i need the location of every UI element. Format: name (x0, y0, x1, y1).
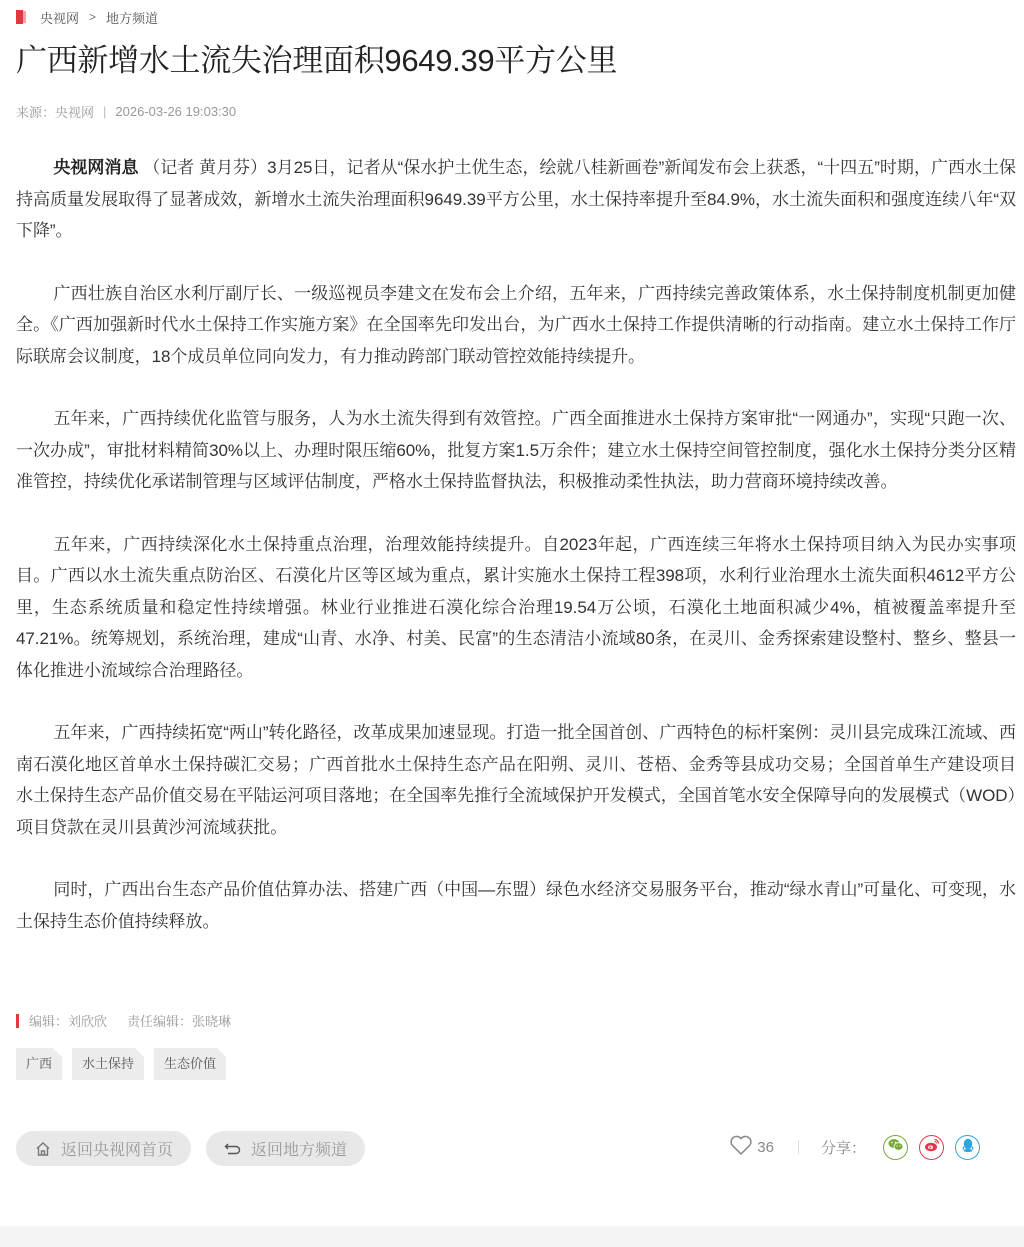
article-paragraph: 五年来，广西持续深化水土保持重点治理，治理效能持续提升。自2023年起，广西连续… (16, 529, 1016, 687)
cctv-logo-icon (16, 10, 26, 24)
share-label: 分享： (821, 1137, 866, 1158)
share-weibo-button[interactable] (919, 1135, 944, 1160)
qq-icon (961, 1138, 975, 1157)
return-icon (224, 1140, 242, 1158)
meta-divider: | (103, 104, 106, 119)
tag-soil-conservation[interactable]: 水土保持 (72, 1048, 144, 1080)
breadcrumb-channel-link[interactable]: 地方频道 (106, 8, 158, 27)
share-wechat-button[interactable] (883, 1135, 908, 1160)
article-title: 广西新增水土流失治理面积9649.39平方公里 (16, 40, 617, 82)
weibo-icon (924, 1138, 940, 1156)
back-channel-button[interactable]: 返回地方频道 (206, 1131, 365, 1166)
heart-icon (729, 1134, 753, 1160)
article-datetime: 2026-03-26 19:03:30 (115, 104, 236, 119)
article-body: 央视网消息 （记者 黄月芬）3月25日，记者从“保水护土优生态，绘就八桂新画卷”… (16, 152, 1016, 968)
article-paragraph: 广西壮族自治区水利厅副厅长、一级巡视员李建文在发布会上介绍，五年来，广西持续完善… (16, 278, 1016, 373)
article-paragraph: 五年来，广西持续拓宽“两山”转化路径，改革成果加速显现。打造一批全国首创、广西特… (16, 717, 1016, 843)
article-page: 央视网 > 地方频道 广西新增水土流失治理面积9649.39平方公里 来源：央视… (0, 0, 1024, 1247)
tag-list: 广西 水土保持 生态价值 (16, 1048, 226, 1080)
breadcrumb-separator: > (89, 10, 96, 24)
like-count: 36 (757, 1139, 774, 1156)
article-paragraph: 五年来，广西持续优化监管与服务，人为水土流失得到有效管控。广西全面推进水土保持方… (16, 403, 1016, 498)
editor-name: 编辑：刘欣欣 (29, 1011, 107, 1030)
chief-editor-name: 责任编辑：张晓琳 (127, 1011, 231, 1030)
article-lead: 央视网消息 (53, 158, 138, 177)
paragraph-text: 五年来，广西持续深化水土保持重点治理，治理效能持续提升。自2023年起，广西连续… (16, 535, 1016, 680)
paragraph-text: （记者 黄月芬）3月25日，记者从“保水护土优生态，绘就八桂新画卷”新闻发布会上… (16, 158, 1016, 240)
footer-actions: 返回央视网首页 返回地方频道 (16, 1131, 365, 1166)
paragraph-text: 五年来，广西持续拓宽“两山”转化路径，改革成果加速显现。打造一批全国首创、广西特… (16, 723, 1016, 837)
paragraph-text: 广西壮族自治区水利厅副厅长、一级巡视员李建文在发布会上介绍，五年来，广西持续完善… (16, 284, 1016, 366)
social-bar: 36 分享： (729, 1134, 980, 1160)
breadcrumb-home-link[interactable]: 央视网 (40, 8, 79, 27)
page-bottom-band (0, 1226, 1024, 1247)
tag-ecological-value[interactable]: 生态价值 (154, 1048, 226, 1080)
article-paragraph: 同时，广西出台生态产品价值估算办法、搭建广西（中国—东盟）绿色水经济交易服务平台… (16, 874, 1016, 937)
like-button[interactable]: 36 (729, 1134, 774, 1160)
editor-accent-bar (16, 1014, 19, 1028)
article-source: 来源：央视网 (16, 102, 94, 121)
share-qq-button[interactable] (955, 1135, 980, 1160)
paragraph-text: 同时，广西出台生态产品价值估算办法、搭建广西（中国—东盟）绿色水经济交易服务平台… (16, 880, 1016, 931)
back-home-label: 返回央视网首页 (61, 1137, 173, 1160)
social-divider (798, 1140, 799, 1154)
back-channel-label: 返回地方频道 (251, 1137, 347, 1160)
article-paragraph: 央视网消息 （记者 黄月芬）3月25日，记者从“保水护土优生态，绘就八桂新画卷”… (16, 152, 1016, 247)
wechat-icon (888, 1138, 904, 1156)
article-meta: 来源：央视网 | 2026-03-26 19:03:30 (16, 102, 236, 121)
paragraph-text: 五年来，广西持续优化监管与服务，人为水土流失得到有效管控。广西全面推进水土保持方… (16, 409, 1016, 491)
back-home-button[interactable]: 返回央视网首页 (16, 1131, 191, 1166)
breadcrumb: 央视网 > 地方频道 (16, 8, 158, 26)
editor-info: 编辑：刘欣欣 责任编辑：张晓琳 (16, 1011, 231, 1030)
home-icon (34, 1140, 52, 1158)
tag-guangxi[interactable]: 广西 (16, 1048, 62, 1080)
